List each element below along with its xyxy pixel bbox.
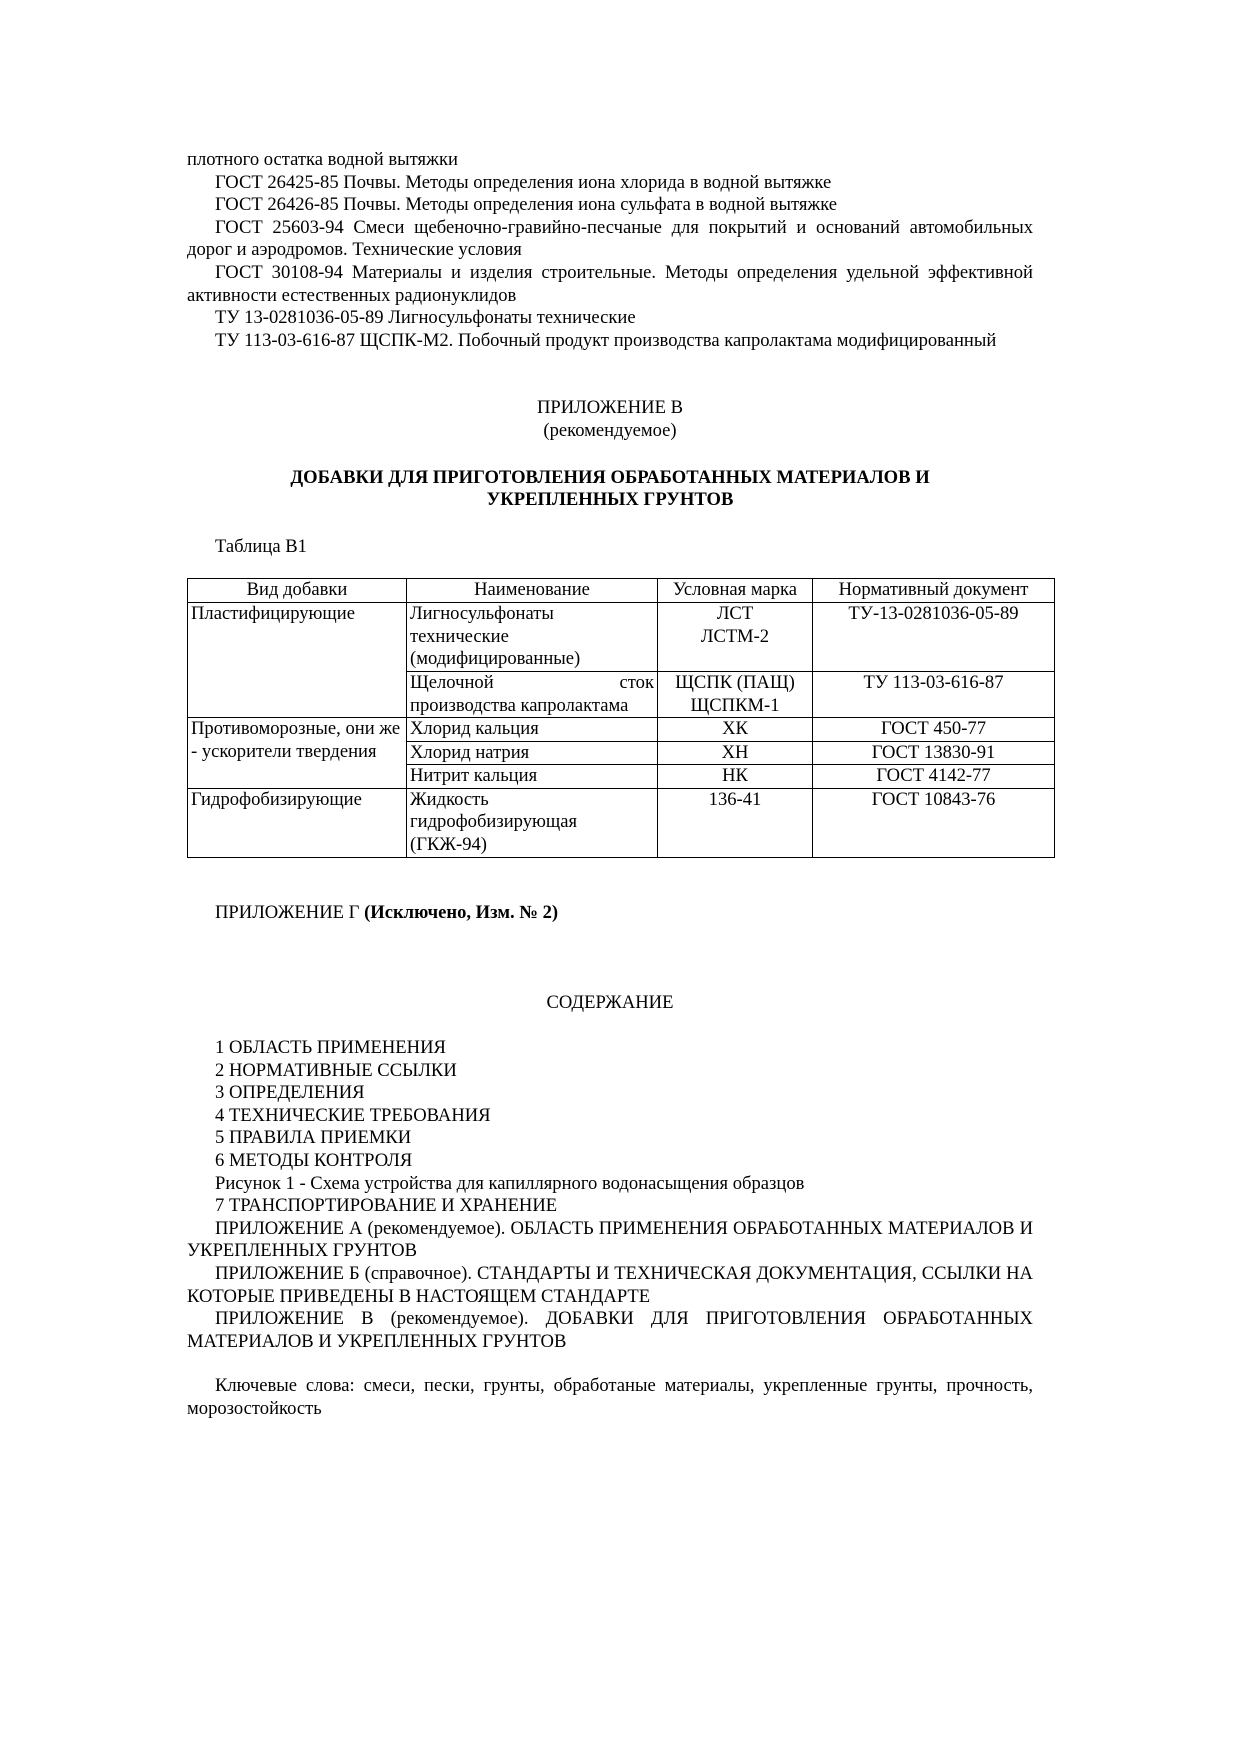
table-row: Противоморозные, они же - ускорители тве… bbox=[188, 718, 1055, 742]
mark-text: ЩСПК (ПАЩ) ЩСПКМ-1 bbox=[670, 672, 800, 717]
annex-v-heading-line2: УКРЕПЛЕННЫХ ГРУНТОВ bbox=[187, 489, 1033, 512]
annex-g-title: ПРИЛОЖЕНИЕ Г bbox=[215, 902, 359, 923]
additive-mark-cell: ХК bbox=[658, 718, 813, 742]
contents-title: СОДЕРЖАНИЕ bbox=[187, 992, 1033, 1015]
normative-doc-cell: ГОСТ 4142-77 bbox=[813, 765, 1055, 789]
normative-doc-cell: ГОСТ 10843-76 bbox=[813, 788, 1055, 857]
column-header: Вид добавки bbox=[188, 579, 407, 603]
additive-mark-cell: ЛСТ ЛСТМ-2 bbox=[658, 602, 813, 671]
references-tail: плотного остатка водной вытяжки ГОСТ 264… bbox=[187, 149, 1033, 352]
contents-item[interactable]: 5 ПРАВИЛА ПРИЕМКИ bbox=[187, 1127, 1033, 1150]
additive-mark-cell: ЩСПК (ПАЩ) ЩСПКМ-1 bbox=[658, 671, 813, 717]
reference-item: ГОСТ 26426-85 Почвы. Методы определения … bbox=[187, 194, 1033, 217]
additive-name-cell: Лигносульфонаты технические (модифициров… bbox=[407, 602, 658, 671]
table-of-contents: СОДЕРЖАНИЕ 1 ОБЛАСТЬ ПРИМЕНЕНИЯ 2 НОРМАТ… bbox=[187, 992, 1033, 1353]
table-row: Гидрофобизирующие Жидкость гидрофобизиру… bbox=[188, 788, 1055, 857]
table-header-row: Вид добавки Наименование Условная марка … bbox=[188, 579, 1055, 603]
normative-doc-cell: ГОСТ 13830-91 bbox=[813, 741, 1055, 765]
annex-g-line: ПРИЛОЖЕНИЕ Г (Исключено, Изм. № 2) bbox=[187, 902, 1033, 925]
additive-name-cell: Щелочнойсток производства капролактама bbox=[407, 671, 658, 717]
annex-v-heading-line1: ДОБАВКИ ДЛЯ ПРИГОТОВЛЕНИЯ ОБРАБОТАННЫХ М… bbox=[187, 467, 1033, 490]
additive-mark-cell: 136-41 bbox=[658, 788, 813, 857]
contents-item[interactable]: ПРИЛОЖЕНИЕ В (рекомендуемое). ДОБАВКИ ДЛ… bbox=[187, 1308, 1033, 1353]
reference-item: ГОСТ 26425-85 Почвы. Методы определения … bbox=[187, 172, 1033, 195]
contents-item[interactable]: ПРИЛОЖЕНИЕ Б (справочное). СТАНДАРТЫ И Т… bbox=[187, 1263, 1033, 1308]
contents-item[interactable]: 1 ОБЛАСТЬ ПРИМЕНЕНИЯ bbox=[187, 1037, 1033, 1060]
name-part: производства капролактама bbox=[410, 695, 654, 718]
additive-name-cell: Хлорид натрия bbox=[407, 741, 658, 765]
table-row: Пластифицирующие Лигносульфонаты техниче… bbox=[188, 602, 1055, 671]
contents-item[interactable]: Рисунок 1 - Схема устройства для капилля… bbox=[187, 1173, 1033, 1196]
column-header: Наименование bbox=[407, 579, 658, 603]
additive-name-cell: Жидкость гидрофобизирующая (ГКЖ-94) bbox=[407, 788, 658, 857]
name-text: Жидкость гидрофобизирующая (ГКЖ-94) bbox=[410, 789, 600, 857]
additive-name-cell: Нитрит кальция bbox=[407, 765, 658, 789]
keywords: Ключевые слова: смеси, пески, грунты, об… bbox=[187, 1375, 1033, 1420]
annex-g-note: (Исключено, Изм. № 2) bbox=[364, 902, 558, 923]
contents-item[interactable]: 4 ТЕХНИЧЕСКИЕ ТРЕБОВАНИЯ bbox=[187, 1105, 1033, 1128]
reference-item: ГОСТ 30108-94 Материалы и изделия строит… bbox=[187, 262, 1033, 307]
reference-item: ГОСТ 25603-94 Смеси щебеночно-гравийно-п… bbox=[187, 217, 1033, 262]
additive-type-cell: Противоморозные, они же - ускорители тве… bbox=[188, 718, 407, 789]
additive-type-cell: Гидрофобизирующие bbox=[188, 788, 407, 857]
contents-item[interactable]: 2 НОРМАТИВНЫЕ ССЫЛКИ bbox=[187, 1060, 1033, 1083]
document-page: плотного остатка водной вытяжки ГОСТ 264… bbox=[187, 149, 1033, 1421]
normative-doc-cell: ТУ 113-03-616-87 bbox=[813, 671, 1055, 717]
mark-text: ЛСТ ЛСТМ-2 bbox=[695, 603, 775, 648]
annex-v-title: ПРИЛОЖЕНИЕ В bbox=[187, 397, 1033, 420]
additive-name-cell: Хлорид кальция bbox=[407, 718, 658, 742]
table-caption: Таблица В1 bbox=[187, 536, 1033, 559]
annex-g: ПРИЛОЖЕНИЕ Г (Исключено, Изм. № 2) bbox=[187, 902, 1033, 925]
contents-item[interactable]: 7 ТРАНСПОРТИРОВАНИЕ И ХРАНЕНИЕ bbox=[187, 1195, 1033, 1218]
name-part: Щелочной bbox=[410, 672, 494, 695]
reference-item: ТУ 13-0281036-05-89 Лигносульфонаты техн… bbox=[187, 307, 1033, 330]
column-header: Условная марка bbox=[658, 579, 813, 603]
column-header: Нормативный документ bbox=[813, 579, 1055, 603]
additive-mark-cell: НК bbox=[658, 765, 813, 789]
name-part: сток bbox=[620, 672, 654, 695]
contents-item[interactable]: 3 ОПРЕДЕЛЕНИЯ bbox=[187, 1082, 1033, 1105]
contents-item[interactable]: 6 МЕТОДЫ КОНТРОЛЯ bbox=[187, 1150, 1033, 1173]
normative-doc-cell: ГОСТ 450-77 bbox=[813, 718, 1055, 742]
normative-doc-cell: ТУ-13-0281036-05-89 bbox=[813, 602, 1055, 671]
reference-item: ТУ 113-03-616-87 ЩСПК-М2. Побочный проду… bbox=[187, 330, 1033, 353]
additive-type-cell: Пластифицирующие bbox=[188, 602, 407, 717]
annex-v: ПРИЛОЖЕНИЕ В (рекомендуемое) ДОБАВКИ ДЛЯ… bbox=[187, 397, 1033, 858]
annex-v-status: (рекомендуемое) bbox=[187, 420, 1033, 443]
additive-mark-cell: ХН bbox=[658, 741, 813, 765]
reference-continuation: плотного остатка водной вытяжки bbox=[187, 149, 1033, 172]
contents-item[interactable]: ПРИЛОЖЕНИЕ А (рекомендуемое). ОБЛАСТЬ ПР… bbox=[187, 1218, 1033, 1263]
additives-table: Вид добавки Наименование Условная марка … bbox=[187, 578, 1055, 858]
